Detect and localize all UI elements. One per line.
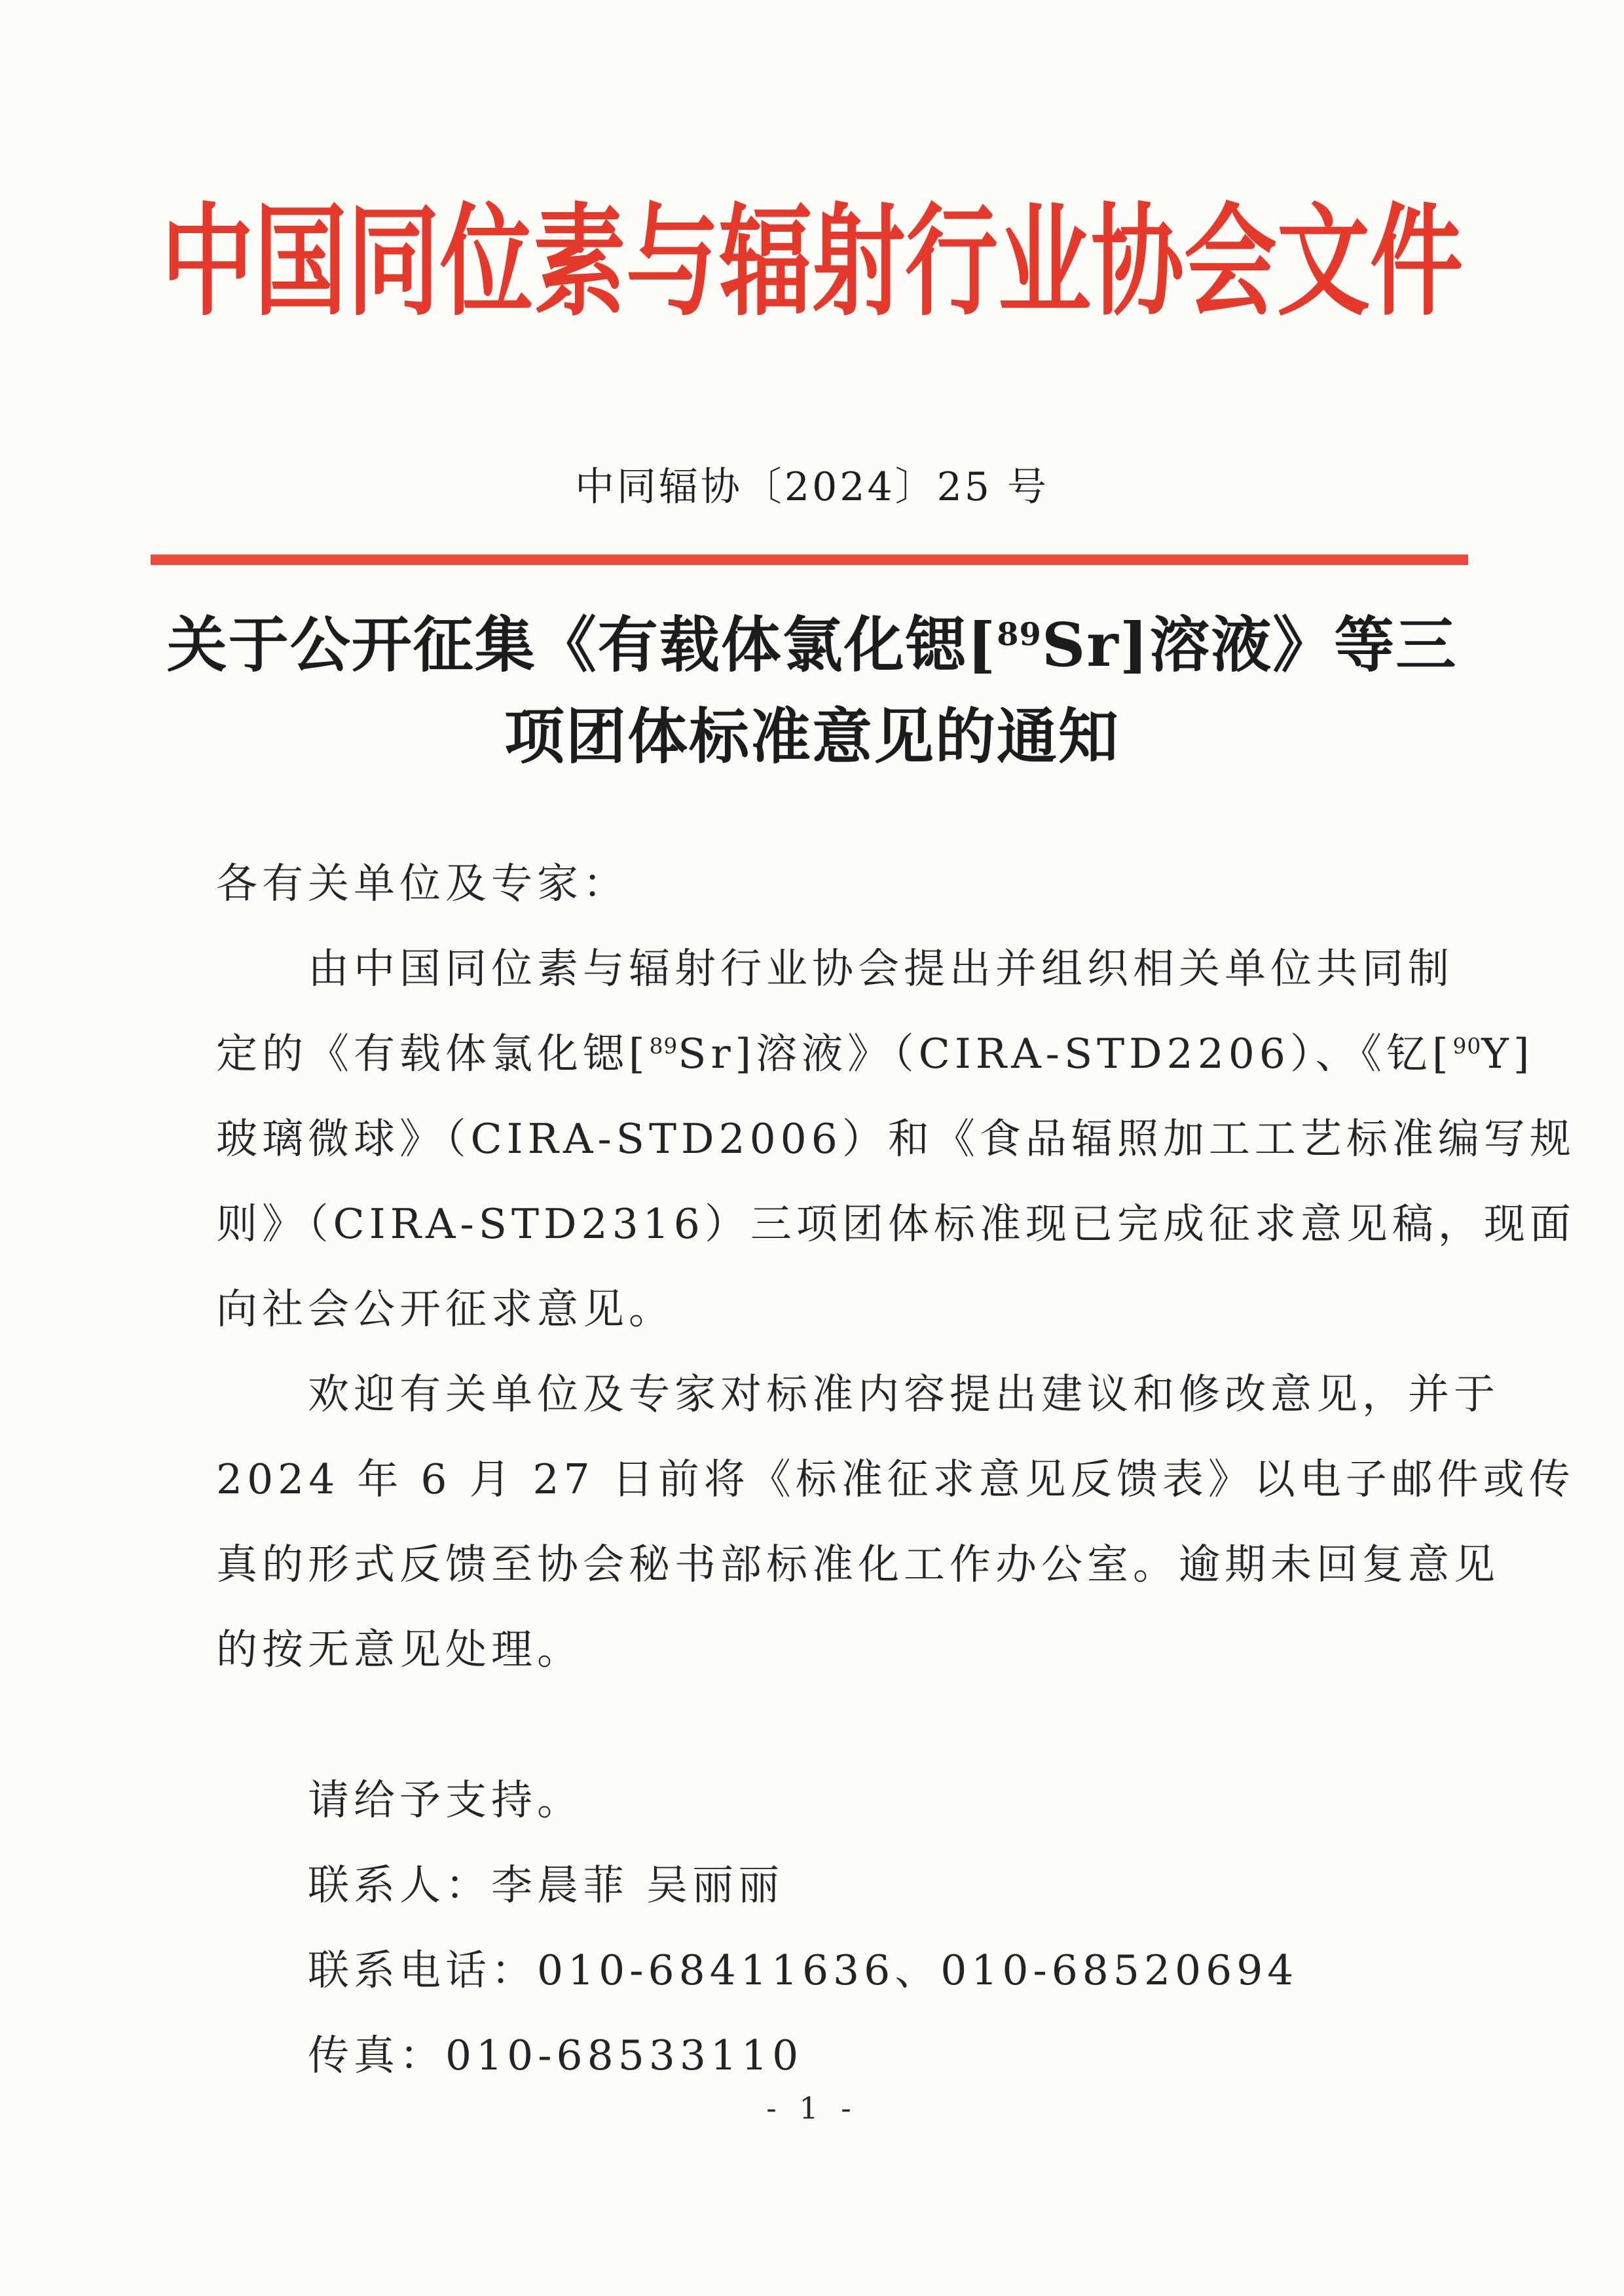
body-line: 向社会公开征求意见。 [216, 1267, 1519, 1352]
body-line: 玻璃微球》（CIRA-STD2006）和《食品辐照加工工艺标准编写规 [216, 1097, 1519, 1182]
body-line: 传真：010-68533110 [216, 2013, 1519, 2098]
body-line: 各有关单位及专家： [216, 841, 1519, 926]
body-line: 联系人：李晨菲 吴丽丽 [216, 1843, 1519, 1928]
body-line: 2024 年 6 月 27 日前将《标准征求意见反馈表》以电子邮件或传 [216, 1437, 1519, 1522]
doc-title: 关于公开征集《有载体氯化锶[89Sr]溶液》等三 项团体标准意见的通知 [0, 599, 1624, 782]
body-line: 请给予支持。 [216, 1758, 1519, 1843]
doc-number: 中同辐协〔2024〕25 号 [0, 464, 1624, 511]
body-line: 定的《有载体氯化锶[89Sr]溶液》（CIRA-STD2206）、《钇[90Y] [216, 1011, 1519, 1097]
body-text: 各有关单位及专家：由中国同位素与辐射行业协会提出并组织相关单位共同制定的《有载体… [216, 841, 1519, 2098]
red-divider-line [151, 555, 1468, 565]
document-page: 中国同位素与辐射行业协会文件 中同辐协〔2024〕25 号 关于公开征集《有载体… [0, 0, 1624, 2296]
org-letterhead-title: 中国同位素与辐射行业协会文件 [0, 202, 1624, 323]
page-number: - 1 - [0, 2088, 1624, 2128]
body-line: 由中国同位素与辐射行业协会提出并组织相关单位共同制 [216, 926, 1519, 1011]
body-line: 真的形式反馈至协会秘书部标准化工作办公室。逾期未回复意见 [216, 1522, 1519, 1607]
body-line: 欢迎有关单位及专家对标准内容提出建议和修改意见，并于 [216, 1352, 1519, 1437]
doc-title-line1: 关于公开征集《有载体氯化锶[89Sr]溶液》等三 [0, 599, 1624, 691]
body-line: 的按无意见处理。 [216, 1607, 1519, 1692]
body-line: 则》（CIRA-STD2316）三项团体标准现已完成征求意见稿，现面 [216, 1182, 1519, 1267]
doc-title-line2: 项团体标准意见的通知 [0, 691, 1624, 782]
body-line: 联系电话：010-68411636、010-68520694 [216, 1928, 1519, 2013]
